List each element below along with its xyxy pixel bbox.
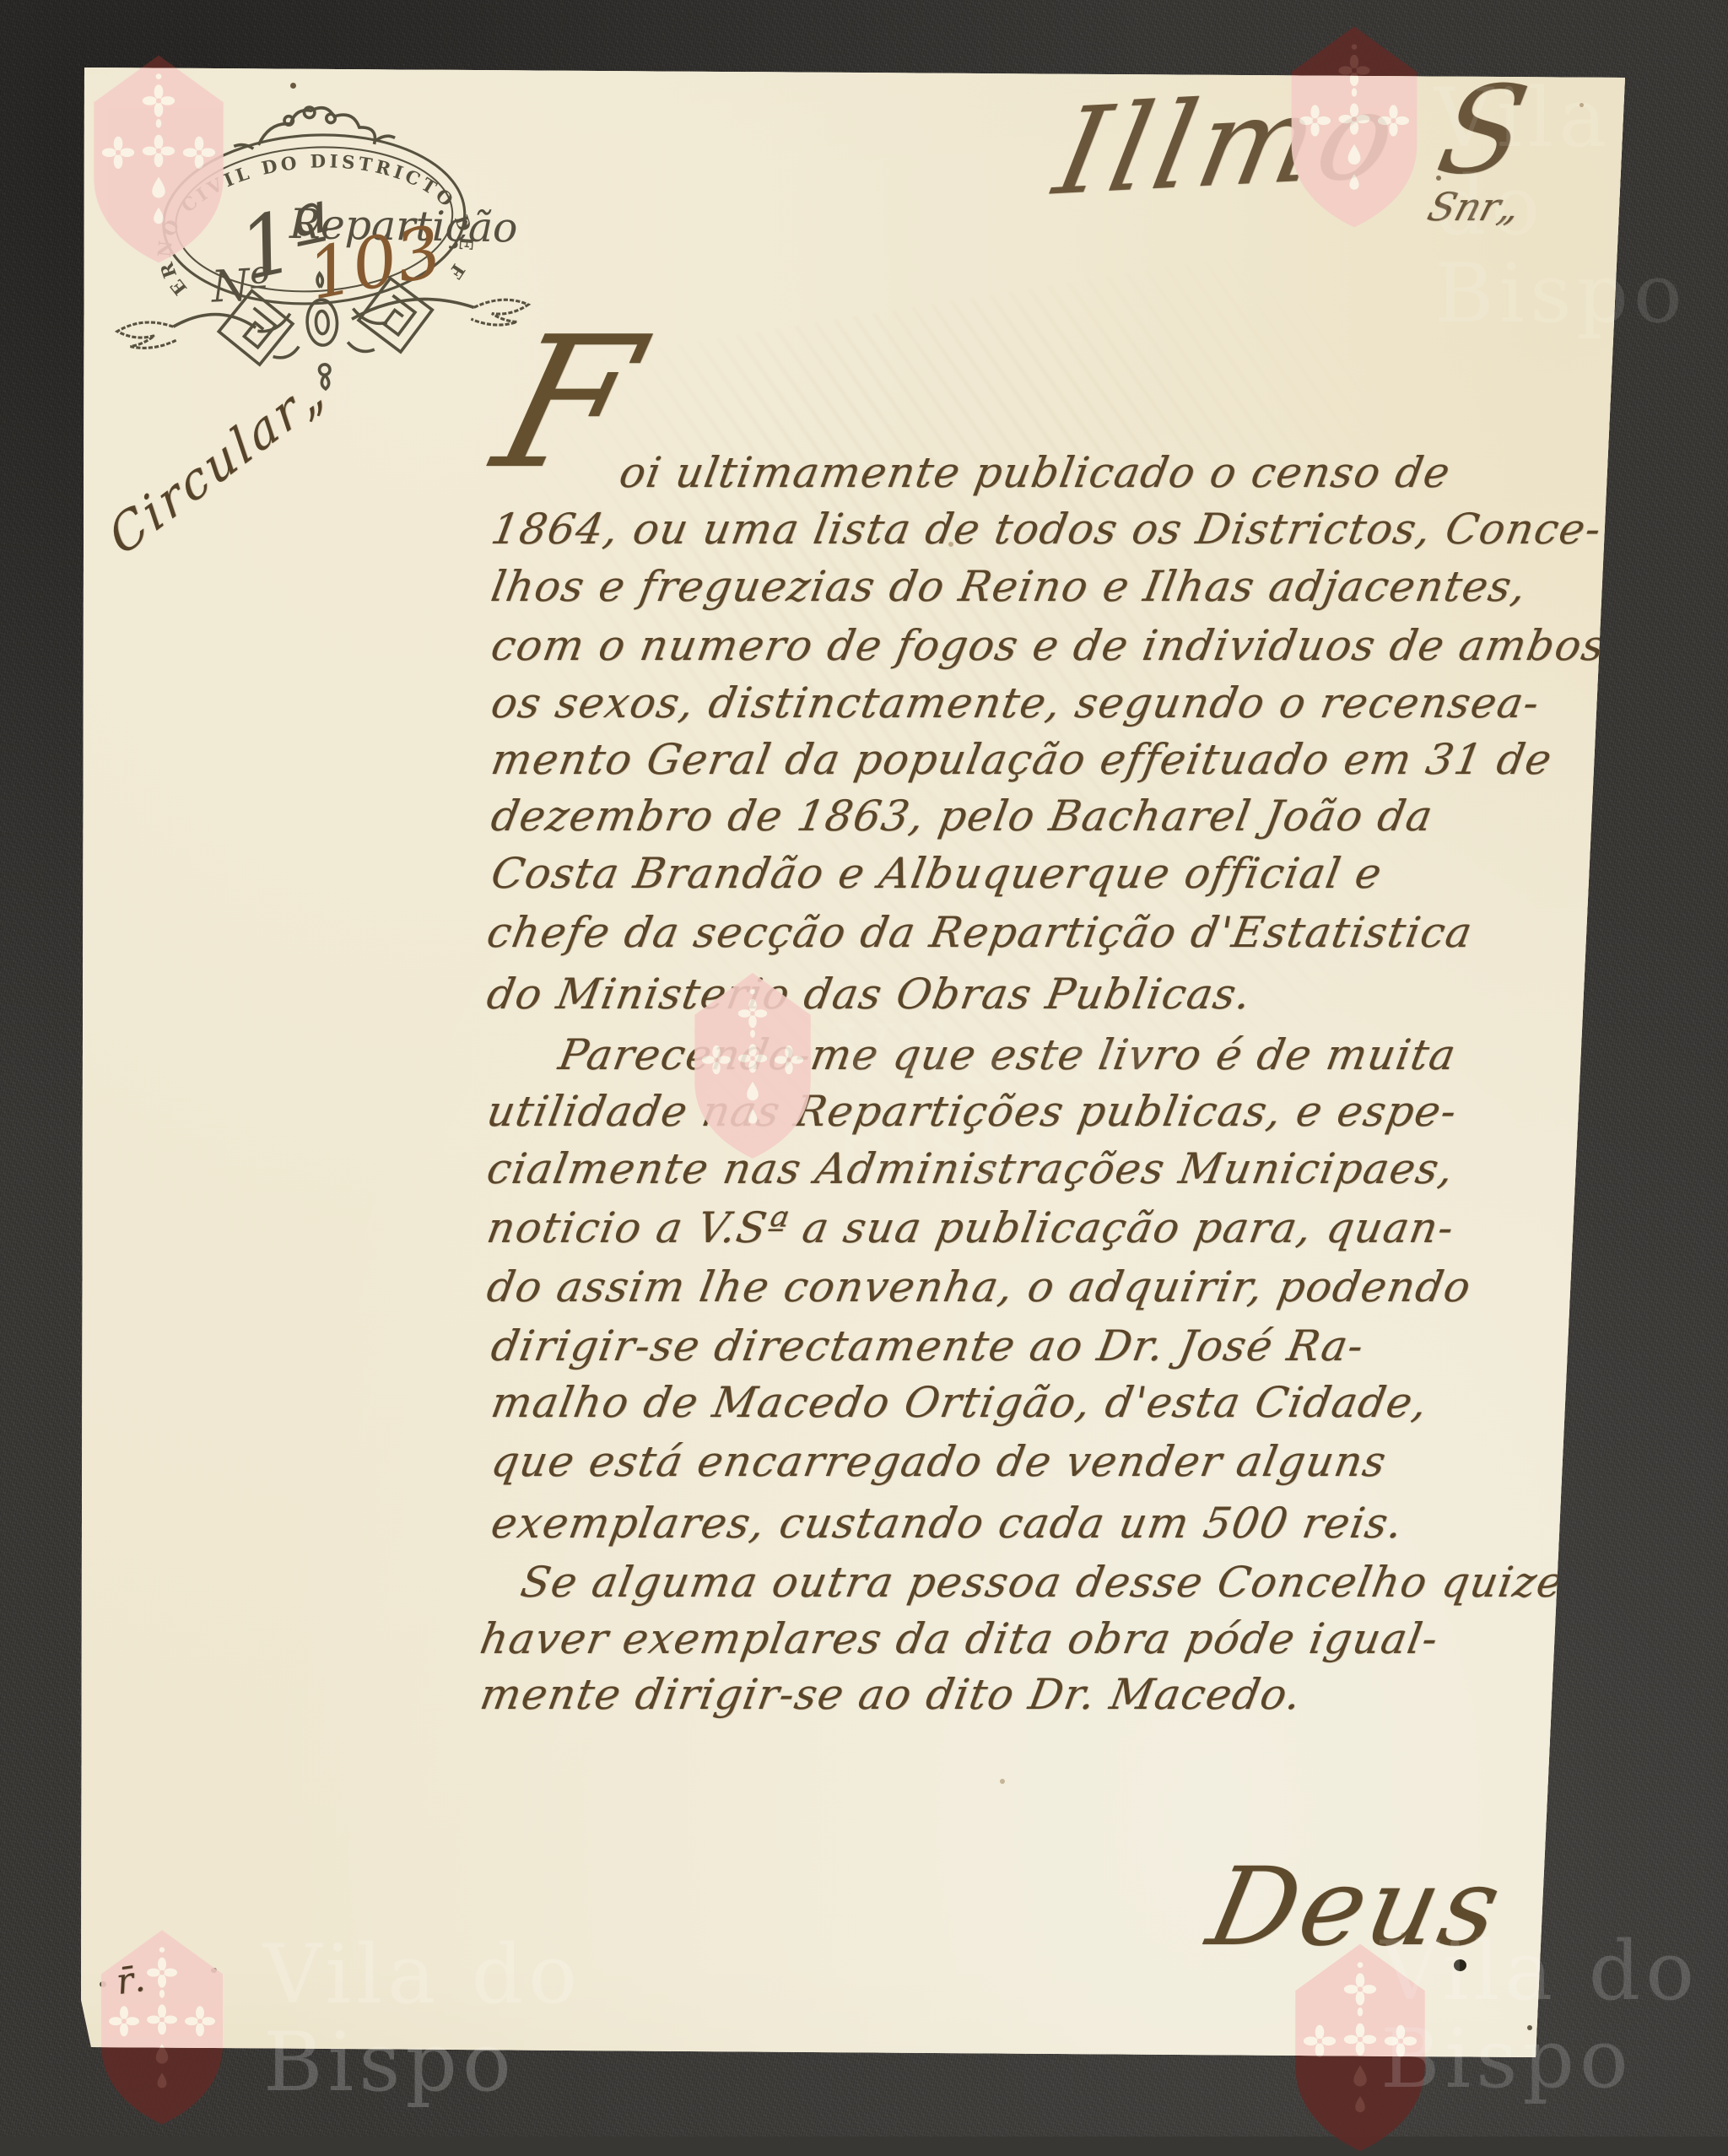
foxing-spot — [1527, 2025, 1532, 2030]
closing-word: Deus — [1198, 1845, 1514, 1970]
body-line: mente dirigir-se ao dito Dr. Macedo. — [477, 1669, 1306, 1720]
salutation-sub: Snr„ — [1423, 184, 1525, 230]
body-line: utilidade nas Repartições publicas, e es… — [483, 1086, 1461, 1137]
body-line: dirigir-se directamente ao Dr. José Ra- — [488, 1321, 1369, 1371]
body-line: oi ultimamente publicado o censo de — [616, 447, 1455, 498]
margin-mark: r̄. — [114, 1958, 148, 2002]
body-line: Costa Brandão e Albuquerque official e — [488, 848, 1386, 899]
body-line: chefe da secção da Repartição d'Estatist… — [483, 907, 1477, 958]
body-line: do assim lhe convenha, o adquirir, poden… — [483, 1262, 1476, 1312]
body-line: 1864, ou uma lista de todos os Districto… — [488, 504, 1606, 554]
registry-stamp: GOVERNO CIVIL DO DISTRICTO DE FARO 1ª Re… — [83, 47, 555, 408]
foxing-spot — [1000, 1779, 1005, 1784]
body-line: Se alguma outra pessoa desse Concelho qu… — [517, 1557, 1590, 1608]
body-line: malho de Macedo Ortigão, d'esta Cidade, — [488, 1377, 1433, 1428]
body-line: Parecendo-me que este livro é de muita — [555, 1029, 1461, 1080]
body-line: dezembro de 1863, pelo Bacharel João da — [488, 791, 1438, 841]
body-line: do Ministerio das Obras Publicas. — [483, 969, 1256, 1019]
manuscript-photo: GOVERNO CIVIL DO DISTRICTO DE FARO 1ª Re… — [0, 0, 1728, 2137]
body-line: os sexos, distinctamente, segundo o rece… — [488, 678, 1544, 728]
body-line: lhos e freguezias do Reino e Ilhas adjac… — [488, 561, 1531, 612]
ink-spot — [211, 1968, 217, 1973]
ink-spot — [100, 1981, 106, 1987]
document-paper: GOVERNO CIVIL DO DISTRICTO DE FARO 1ª Re… — [0, 0, 1728, 2137]
body-line: noticio a V.Sª a sua publicação para, qu… — [483, 1202, 1459, 1253]
body-line: haver exemplares da dita obra póde igual… — [477, 1613, 1443, 1664]
foxing-spot — [1579, 103, 1584, 107]
body-line: cialmente nas Administrações Municipaes, — [483, 1143, 1459, 1194]
body-line: com o numero de fogos e de individuos de… — [488, 620, 1610, 671]
body-line: que está encarregado de vender alguns — [488, 1436, 1390, 1487]
body-line: exemplares, custando cada um 500 reis. — [488, 1498, 1407, 1548]
body-line: mento Geral da população effeituado em 3… — [488, 734, 1557, 785]
